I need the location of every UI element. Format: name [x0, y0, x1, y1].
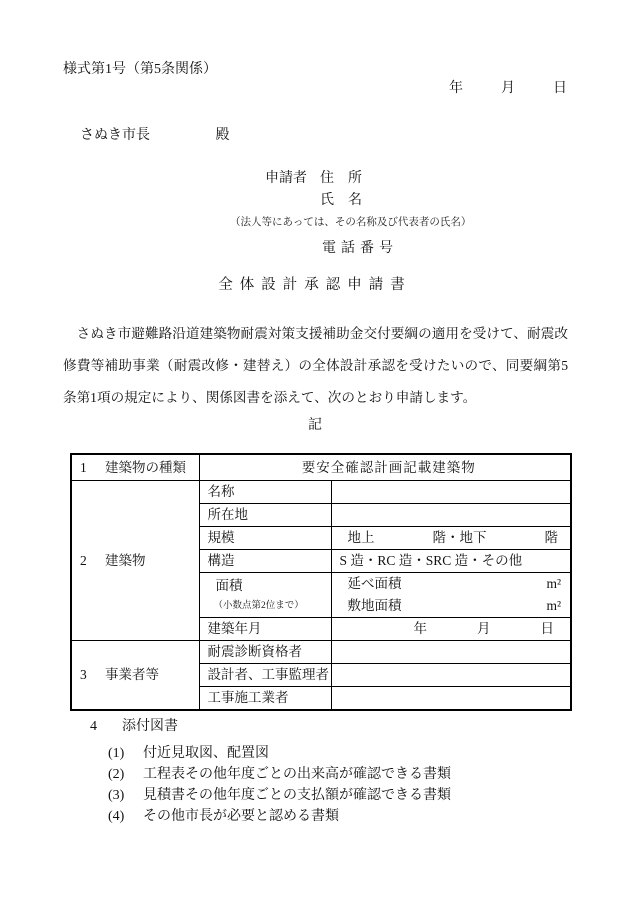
attachments-number: 4: [90, 716, 122, 738]
structure-label-cell: 構造: [199, 550, 331, 573]
building-category-label: 建築物: [105, 553, 146, 568]
scale-floors-basement: 階・地下: [433, 527, 487, 549]
attachments-section: 4添付図書 (1)付近見取図、配置図 (2)工程表その他年度ごとの出来高が確認で…: [0, 716, 630, 827]
designer-value-cell: [331, 664, 571, 687]
building-type-label: 建築物の種類: [105, 460, 186, 475]
day-label: 日: [553, 81, 567, 97]
attachment-item-text: 付近見取図、配置図: [143, 746, 269, 761]
contractor-label-cell: 工事施工業者: [199, 687, 331, 711]
built-year-label: 年: [414, 618, 428, 640]
operators-category-cell: 3事業者等: [71, 641, 199, 711]
year-label: 年: [449, 81, 463, 97]
scale-above-ground: 地上: [348, 527, 375, 549]
name-label-cell: 名称: [199, 481, 331, 504]
row-diagnostician: 3事業者等 耐震診断資格者: [71, 641, 571, 664]
addressee-line: さぬき市長 殿: [80, 128, 230, 144]
attachment-item: (1)付近見取図、配置図: [108, 743, 630, 764]
attachment-item-number: (1): [108, 743, 143, 764]
scale-value-cell: 地上 階・地下 階: [331, 527, 571, 550]
building-category-cell: 2建築物: [71, 481, 199, 641]
item-number: 2: [80, 550, 105, 572]
location-value-cell: [331, 504, 571, 527]
applicant-block: 申請者住 所 氏 名 （法人等にあっては、その名称及び代表者の氏名） 電話番号: [0, 171, 630, 257]
body-paragraph: さぬき市避難路沿道建築物耐震対策支援補助金交付要綱の適用を受けて、耐震改修費等補…: [63, 318, 568, 414]
site-area-unit: m²: [546, 595, 561, 617]
attachment-item-text: その他市長が必要と認める書類: [143, 809, 339, 824]
row-building-type: 1建築物の種類 要安全確認計画記載建築物: [71, 454, 571, 481]
applicant-label: 申請者: [265, 171, 307, 186]
attachment-item: (4)その他市長が必要と認める書類: [108, 806, 630, 827]
form-number: 様式第1号（第5条関係）: [63, 62, 217, 78]
addressee-name: さぬき市長: [80, 128, 150, 143]
attachment-item-text: 見積書その他年度ごとの支払額が確認できる書類: [143, 788, 451, 803]
diagnostician-value-cell: [331, 641, 571, 664]
built-date-value-cell: 年 月 日: [331, 618, 571, 641]
operators-category-label: 事業者等: [105, 667, 159, 682]
attachment-item-number: (2): [108, 764, 143, 785]
address-label: 住 所: [320, 171, 362, 187]
building-type-value: 要安全確認計画記載建築物: [199, 454, 571, 481]
item-number: 3: [80, 664, 105, 686]
area-value-cell: 延べ面積 m² 敷地面積 m²: [331, 573, 571, 618]
ki-marker: 記: [0, 418, 630, 434]
addressee-honorific: 殿: [216, 128, 230, 144]
site-area-label: 敷地面積: [348, 595, 402, 617]
corporate-note: （法人等にあっては、その名称及び代表者の氏名）: [230, 216, 630, 230]
total-floor-area-unit: m²: [546, 573, 561, 595]
area-label-cell: 面積 （小数点第2位まで）: [199, 573, 331, 618]
structure-value-cell: S 造・RC 造・SRC 造・その他: [331, 550, 571, 573]
scale-label-cell: 規模: [199, 527, 331, 550]
phone-label: 電話番号: [322, 241, 630, 257]
contractor-value-cell: [331, 687, 571, 711]
document-page: 様式第1号（第5条関係） 年 月 日 さぬき市長 殿 申請者住 所 氏 名 （法…: [0, 0, 630, 903]
attachment-item: (3)見積書その他年度ごとの支払額が確認できる書類: [108, 785, 630, 806]
scale-floors: 階: [545, 527, 559, 549]
attachments-heading: 4添付図書: [90, 716, 630, 738]
row-name: 2建築物 名称: [71, 481, 571, 504]
designer-label-cell: 設計者、工事監理者: [199, 664, 331, 687]
attachment-item-text: 工程表その他年度ごとの出来高が確認できる書類: [143, 767, 451, 782]
attachments-list: (1)付近見取図、配置図 (2)工程表その他年度ごとの出来高が確認できる書類 (…: [108, 743, 630, 827]
name-value-cell: [331, 481, 571, 504]
area-decimal-note: （小数点第2位まで）: [208, 597, 331, 615]
area-label: 面積: [208, 575, 331, 597]
location-label-cell: 所在地: [199, 504, 331, 527]
attachment-item-number: (3): [108, 785, 143, 806]
diagnostician-label-cell: 耐震診断資格者: [199, 641, 331, 664]
applicant-address-line: 申請者住 所: [265, 171, 630, 187]
date-line: 年 月 日: [449, 81, 567, 97]
item-number: 1: [80, 455, 105, 480]
attachment-item-number: (4): [108, 806, 143, 827]
application-table: 1建築物の種類 要安全確認計画記載建築物 2建築物 名称 所在地 規模 地上 階…: [70, 453, 572, 711]
name-label: 氏 名: [320, 193, 630, 209]
built-day-label: 日: [541, 618, 555, 640]
total-floor-area-label: 延べ面積: [348, 573, 402, 595]
month-label: 月: [501, 81, 515, 97]
building-type-label-cell: 1建築物の種類: [71, 454, 199, 481]
attachments-label: 添付図書: [122, 719, 178, 734]
document-title: 全体設計承認申請書: [0, 276, 630, 294]
built-date-label-cell: 建築年月: [199, 618, 331, 641]
built-month-label: 月: [477, 618, 491, 640]
attachment-item: (2)工程表その他年度ごとの出来高が確認できる書類: [108, 764, 630, 785]
